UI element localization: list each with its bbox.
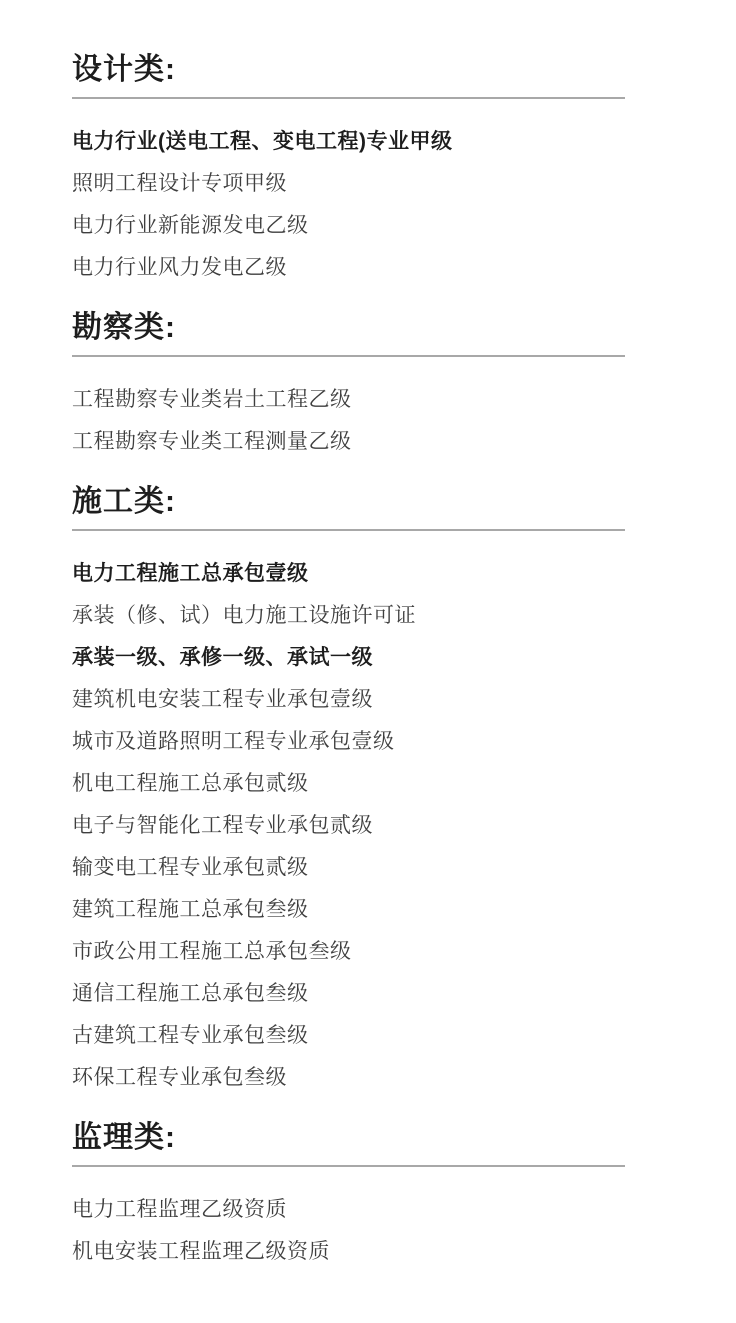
qualification-item-list: 电力行业(送电工程、变电工程)专业甲级照明工程设计专项甲级电力行业新能源发电乙级… — [72, 99, 625, 289]
section-heading: 勘察类: — [72, 313, 625, 343]
qualification-item: 工程勘察专业类工程测量乙级 — [72, 421, 625, 463]
qualification-item: 电力行业(送电工程、变电工程)专业甲级 — [72, 121, 625, 163]
qualification-item: 承装（修、试）电力施工设施许可证 — [72, 595, 625, 637]
section-heading: 监理类: — [72, 1123, 625, 1153]
qualification-item: 电力行业新能源发电乙级 — [72, 205, 625, 247]
qualification-item: 机电工程施工总承包贰级 — [72, 763, 625, 805]
section-heading: 施工类: — [72, 487, 625, 517]
qualification-sections: 设计类: 电力行业(送电工程、变电工程)专业甲级照明工程设计专项甲级电力行业新能… — [72, 55, 736, 1273]
section-heading: 设计类: — [72, 55, 625, 85]
qualification-item: 环保工程专业承包叁级 — [72, 1057, 625, 1099]
qualification-item: 电力工程监理乙级资质 — [72, 1189, 625, 1231]
qualification-item: 电力行业风力发电乙级 — [72, 247, 625, 289]
qualification-section: 设计类: 电力行业(送电工程、变电工程)专业甲级照明工程设计专项甲级电力行业新能… — [72, 55, 625, 289]
qualification-list-page: 设计类: 电力行业(送电工程、变电工程)专业甲级照明工程设计专项甲级电力行业新能… — [0, 0, 736, 1323]
qualification-item: 城市及道路照明工程专业承包壹级 — [72, 721, 625, 763]
qualification-section: 勘察类: 工程勘察专业类岩土工程乙级工程勘察专业类工程测量乙级 — [72, 313, 625, 463]
qualification-item: 建筑机电安装工程专业承包壹级 — [72, 679, 625, 721]
qualification-item: 电力工程施工总承包壹级 — [72, 553, 625, 595]
qualification-item: 输变电工程专业承包贰级 — [72, 847, 625, 889]
qualification-item: 承装一级、承修一级、承试一级 — [72, 637, 625, 679]
qualification-item: 照明工程设计专项甲级 — [72, 163, 625, 205]
qualification-item: 建筑工程施工总承包叁级 — [72, 889, 625, 931]
qualification-item: 工程勘察专业类岩土工程乙级 — [72, 379, 625, 421]
qualification-section: 施工类: 电力工程施工总承包壹级承装（修、试）电力施工设施许可证承装一级、承修一… — [72, 487, 625, 1099]
qualification-item: 电子与智能化工程专业承包贰级 — [72, 805, 625, 847]
qualification-item: 市政公用工程施工总承包叁级 — [72, 931, 625, 973]
qualification-item-list: 工程勘察专业类岩土工程乙级工程勘察专业类工程测量乙级 — [72, 357, 625, 463]
qualification-item: 古建筑工程专业承包叁级 — [72, 1015, 625, 1057]
qualification-section: 监理类: 电力工程监理乙级资质机电安装工程监理乙级资质 — [72, 1123, 625, 1273]
qualification-item: 通信工程施工总承包叁级 — [72, 973, 625, 1015]
qualification-item-list: 电力工程监理乙级资质机电安装工程监理乙级资质 — [72, 1167, 625, 1273]
qualification-item: 机电安装工程监理乙级资质 — [72, 1231, 625, 1273]
qualification-item-list: 电力工程施工总承包壹级承装（修、试）电力施工设施许可证承装一级、承修一级、承试一… — [72, 531, 625, 1099]
